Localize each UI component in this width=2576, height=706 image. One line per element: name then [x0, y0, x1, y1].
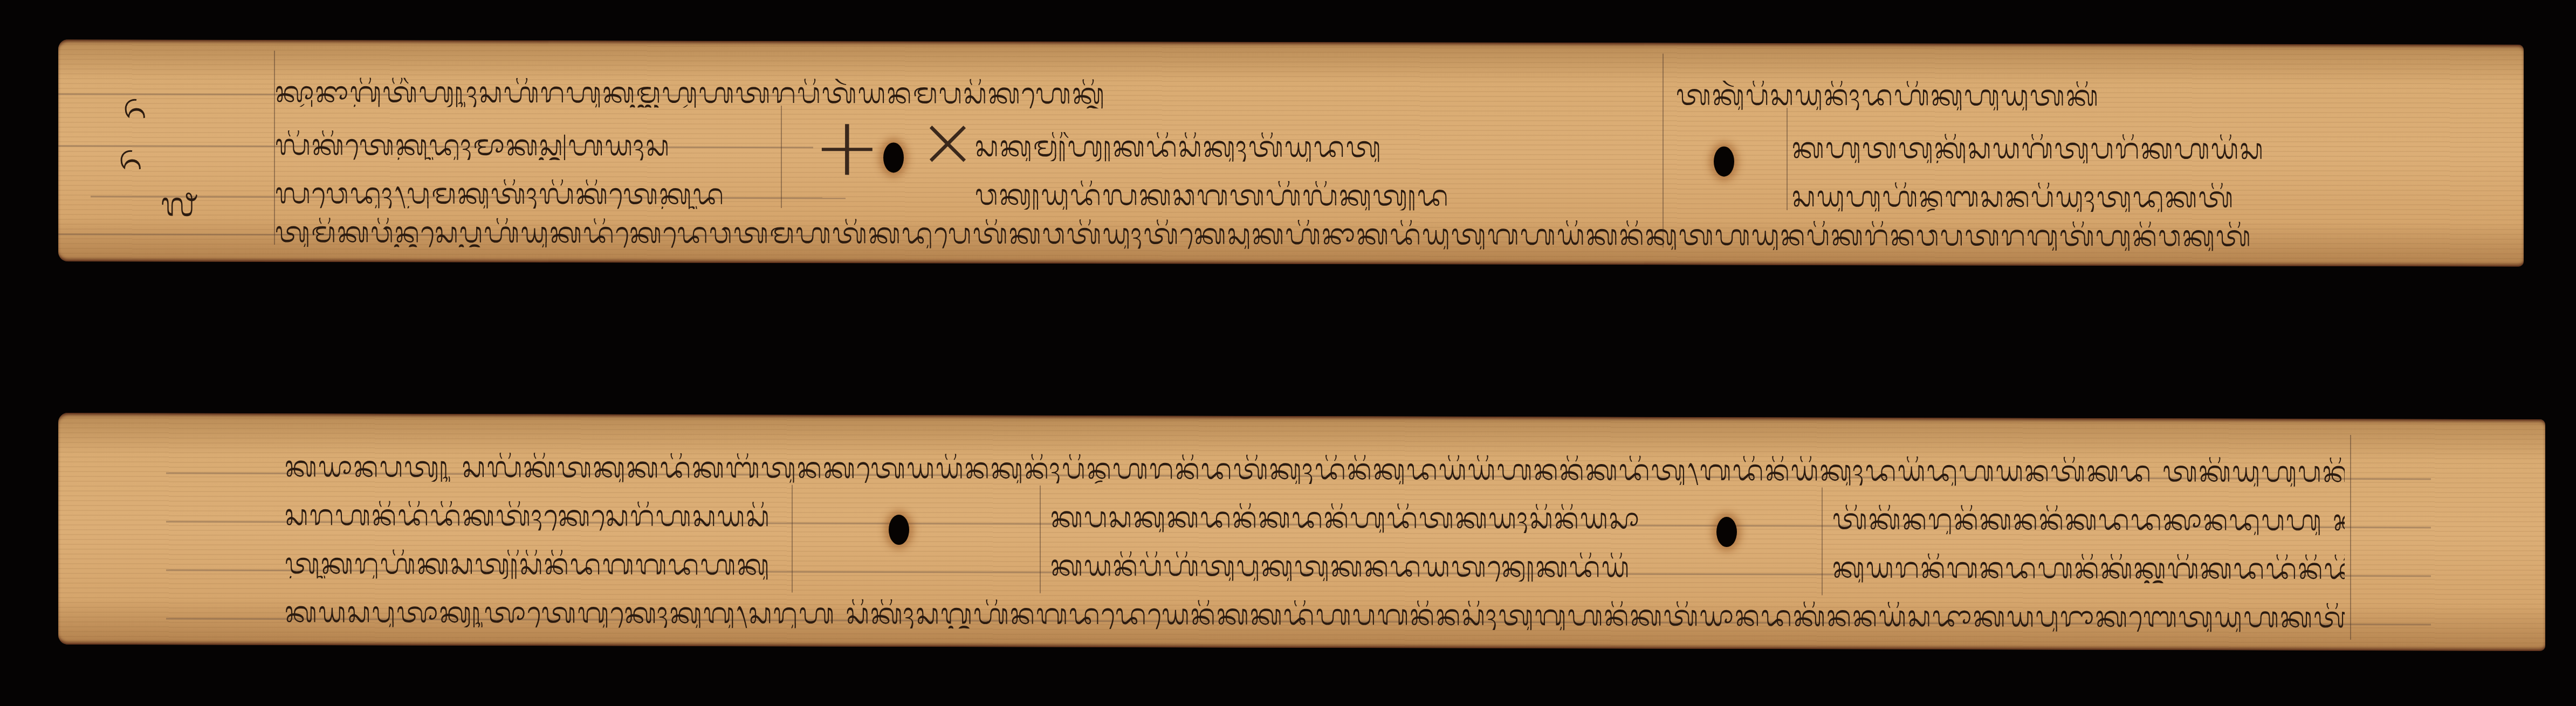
- string-hole: [883, 142, 904, 172]
- string-hole: [1714, 147, 1734, 177]
- text-line: ᬓᬬᬦᬶᬧᬶᬳᬶᬢᬸᬧᬸᬓᬸᬢᬸᬓᬦᬤᬬᬢᬦ᭄ᬬᬾᬓᬤᬶᬬᬶ: [1050, 551, 1714, 582]
- text-line: ᬓᬸᬬᬭᬦᬶᬕᬦᬤᬳᬦᬶᬓᬶᬓ᭄ᬓᬸᬕᬶᬓᬤᬤᬶᬦᬶᬤᬶᬲᬶ: [1832, 553, 2345, 584]
- palm-leaf-bottom: ᬓᬬᬵᬦᬧᬢ᭄ᬬᬸ ᬲᬮᬶᬓᬶᬢᬓᬸᬓᬤᬶᬓᬩᬶᬢᬸᬦᬓᬢᬾᬬᬬᬶᬦᬓᬸᬦᬶᬄᬧ…: [58, 413, 2545, 651]
- string-hole: [1716, 517, 1737, 547]
- column-rule: [781, 106, 782, 208]
- text-line: ᬮᬶᬓᬶᬢᬾᬓ᭄ᬭᬸᬤᬸᬄᬫᬵᬓᬲ᭄ᬢ᭄ᬭᬳᬬᬄᬲ: [275, 130, 777, 161]
- text-line: ᬢᬓᬸᬃᬧᬶᬲᬬᬸᬦᬶᬄᬤᬳᬶᬓᬸᬳᬸᬬᬸᬢᬓᬶ: [1676, 80, 2388, 111]
- text-line: ᬓᬳᬸᬢᬢᬸᬓ᭄ᬭᬶᬲᬬᬕᬶᬢᬸᬧᬭᬶᬓᬳᬬᬶᬲ: [1792, 134, 2385, 164]
- text-line: ᬲᬭᬳᬦᬶᬤᬶᬤᬶᬓᬢᬶᬄᬓᬾᬲᬾᬭᬶᬳᬲᬬᬲᬶ: [285, 501, 786, 531]
- text-line: ᬯᬓ᭄ᬬᬬᬸᬤᬶᬮᬓᬘᬕᬢᬳᬶᬮᬶᬓᬸᬢ᭄ᬬᬤ: [975, 181, 1649, 211]
- text-line: ᬢ᭄ᬭᬸᬓᬭᬸᬳᬶᬓᬲᬢ᭄ᬬᬶᬲᬶᬦᬶᬤᬕᬕᬤᬳᬓᬸ: [285, 549, 786, 579]
- text-line: ᬓᬬᬵᬦᬧᬢ᭄ᬬᬸ ᬲᬮᬶᬓᬶᬢᬓᬸᬓᬤᬶᬓᬩᬶᬢᬸᬦᬓᬢᬾᬬᬬᬶᬦᬓᬸᬦᬶᬄᬧ…: [285, 452, 2345, 487]
- column-rule: [1822, 488, 1823, 596]
- text-line: ᬢᬸᬫᬶᬓᬯᬶᬦ᭄ᬳᬲᬾᬧ᭄ᬢᬳᬶᬬᬸᬓᬤᬶᬓᬾᬤᬾᬯᬢᬫᬳᬢᬶᬓᬤᬸᬧᬾᬢᬶᬓ…: [275, 218, 2389, 251]
- text-line: ᬲᬬᬸᬳᬸᬳᬶᬦ᭄ᬤᬩᬲᬦᬧᬶᬬᬸᬄᬢᬸᬤᬸᬓᬢᬶ: [1792, 182, 2385, 212]
- text-line: ᬓᬬᬲᬧᬸᬢᬵᬓ᭄ᬬᬸᬢᬵᬢᬾᬕᬸᬓᬾᬄᬓᬸᬕᬸ᭞ᬲᬭᬸᬳ ᬲᬶᬓᬶᬄᬲᬕ᭄ᬢᬳ…: [285, 598, 2345, 632]
- text-line: ᬢᬶᬓᬶᬦᬭᬸᬦᬶᬓᬦᬦᬶᬓᬤᬤᬓᬵᬦᬤᬸᬧᬳᬸ ᬓᬤᬸ: [1832, 505, 2345, 535]
- x-mark-icon: ×: [918, 101, 977, 183]
- column-rule: [1040, 486, 1041, 593]
- column-rule: [792, 485, 793, 593]
- cross-mark-icon: +: [813, 100, 881, 194]
- leaf-number: ᭖: [119, 134, 143, 193]
- column-rule: [1663, 53, 1664, 247]
- palm-leaf-top: ᭖ ᭖ ᭗ ᬓ᭄ᬯᬵᬦᬵᬕ᭄ᬭᬶᬢᬶᬃᬳ᭄ᬬᬸᬄᬲᬳᬶᬭᬳᬸᬓᬫ᭄ᬩᬸᬳ᭄ᬯᬳᬢ…: [58, 39, 2524, 267]
- leaf-number: ᭗: [161, 181, 197, 241]
- text-line: ᬲᬓᬸᬫ᭄ᬬᬶᬃᬳ᭄ᬬᬓᬤᬶᬲᬶᬓᬸᬄᬢᬶᬬᬸᬤᬢᬸ: [975, 132, 1649, 163]
- column-rule: [1787, 108, 1788, 210]
- text-line: ᬓᬧᬲᬓᬸᬓᬤᬦᬶᬓᬤᬦᬶᬳᬸᬤᬶᬢᬓᬬᬄᬲᬶᬦᬶᬬᬲᬵ: [1050, 503, 1714, 534]
- text-line: ᬮᬯᬾᬤᬸᬄ᭞ᬧ᭄ᬭᬫᬓᬸᬢᬶᬄᬮᬶᬓᬶᬢᬾᬓ᭄ᬭᬸᬤ: [275, 179, 777, 209]
- column-rule: [2350, 435, 2351, 640]
- string-hole: [889, 515, 909, 545]
